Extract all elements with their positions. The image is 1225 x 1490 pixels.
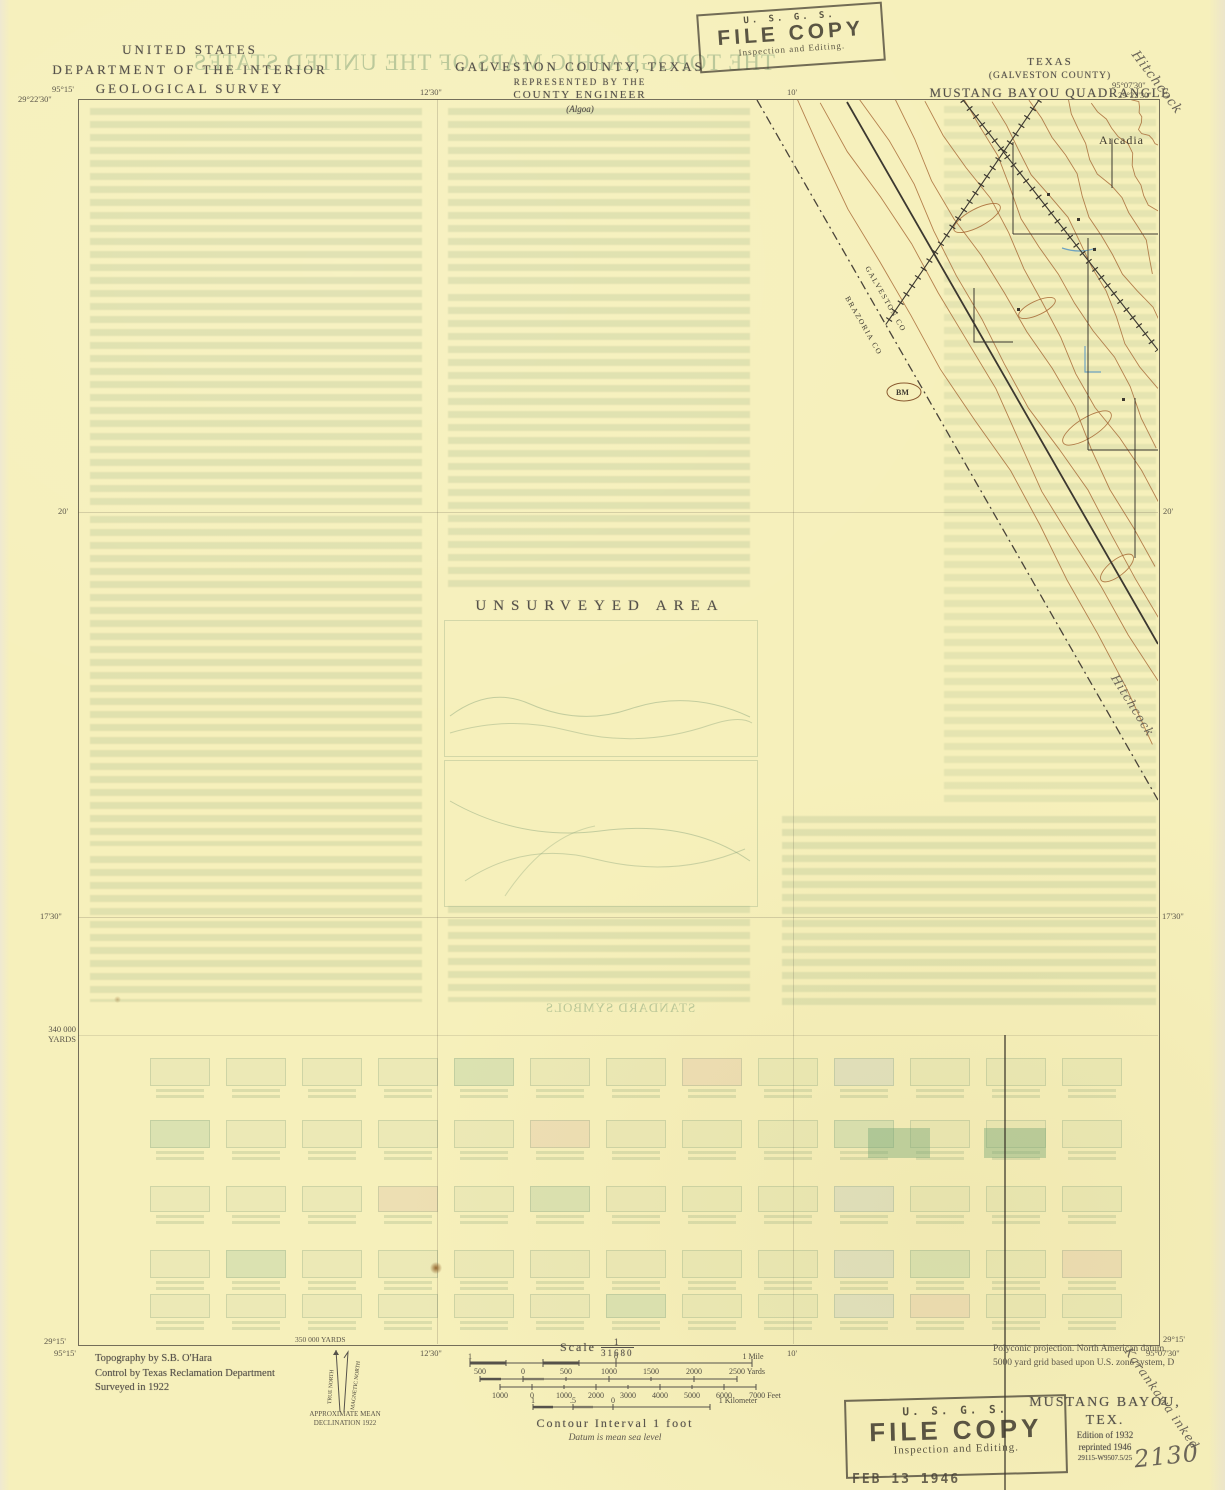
credit-line: Surveyed in 1922 (95, 1381, 275, 1396)
credit-line: Control by Texas Reclamation Department (95, 1367, 275, 1382)
map-svg: Arcadia GALVESTON CO BRAZORIA CO BM (79, 100, 1158, 1343)
feet-label: 1000 (492, 1391, 508, 1400)
tick-top-10: 10' (787, 87, 797, 97)
magnetic-north-label: MAGNETIC NORTH (350, 1361, 362, 1410)
scan-edge (0, 0, 10, 1490)
feet-label: 2000 (588, 1391, 604, 1400)
declination-caption-line: DECLINATION 1922 (295, 1419, 395, 1428)
km-label: 1 Kilometer (719, 1396, 757, 1405)
tick-bottom-1230: 12'30'' (420, 1348, 442, 1358)
agency-line: DEPARTMENT OF THE INTERIOR (40, 60, 340, 80)
corner-sw-lat: 29°15' (44, 1336, 66, 1346)
mile-label: 0 (614, 1352, 618, 1361)
declination-caption: APPROXIMATE MEAN DECLINATION 1922 (295, 1410, 395, 1428)
yards-value: 340 000 (48, 1024, 76, 1034)
km-label: 0 (611, 1396, 615, 1405)
corner-ne-lon: 95°07'30'' (1112, 80, 1146, 90)
unsurveyed-area-label: UNSURVEYED AREA (430, 598, 770, 615)
yards-label: 500 (560, 1367, 572, 1376)
stamp-title: FILE COPY (847, 1414, 1066, 1446)
datum-note: Datum is mean sea level (470, 1433, 760, 1443)
yards-label: 500 (474, 1367, 486, 1376)
corner-nw-lat: 29°22'30'' (18, 94, 52, 104)
county-line: REPRESENTED BY THE (430, 76, 730, 88)
pencil-number: 2130 (1133, 1439, 1201, 1474)
corner-sw-lon: 95°15' (54, 1348, 76, 1358)
corner-ne-lat: 29°22'30'' (1118, 90, 1152, 100)
tick-top-1230: 12'30'' (420, 87, 442, 97)
place-label-arcadia: Arcadia (1099, 133, 1144, 147)
feet-label: 3000 (620, 1391, 636, 1400)
contour-lines (796, 100, 1158, 744)
foxing-spot (430, 1262, 442, 1274)
contour-line (820, 103, 1158, 682)
tick-right-20: 20' (1163, 506, 1173, 516)
tick-left-1730: 17'30'' (40, 911, 62, 921)
county-line: GALVESTON COUNTY, TEXAS (430, 58, 730, 76)
yards-unit: YARDS (48, 1034, 76, 1044)
scale-numerator: 1 (614, 1338, 621, 1347)
tick-left-20: 20' (58, 506, 68, 516)
road (847, 102, 1158, 644)
contour-line (860, 100, 1158, 622)
projection-line: Polyconic projection. North American dat… (993, 1343, 1174, 1357)
credits-block: Topography by S.B. O'Hara Control by Tex… (95, 1352, 275, 1396)
scan-edge (1209, 0, 1225, 1490)
date-received-stamp: FEB 13 1946 (852, 1472, 960, 1487)
yards-label: 1000 (601, 1367, 617, 1376)
yards-label: 2500 Yards (729, 1367, 765, 1376)
feet-label: 4000 (652, 1391, 668, 1400)
file-copy-stamp: U. S. G. S. FILE COPY Inspection and Edi… (696, 2, 886, 74)
agency-line: GEOLOGICAL SURVEY (40, 79, 340, 99)
corner-nw-lon: 95°15' (52, 84, 74, 94)
contour-line (925, 101, 1158, 505)
agency-line: UNITED STATES (40, 40, 340, 60)
map-sheet: THE TOPOGRAPHIC MAPS OF THE UNITED STATE… (0, 0, 1225, 1490)
credit-line: Topography by S.B. O'Hara (95, 1352, 275, 1367)
yards-label: 1500 (643, 1367, 659, 1376)
mile-label: 1 Mile (742, 1352, 763, 1361)
true-north-label: TRUE NORTH (327, 1369, 335, 1404)
benchmark-label: BM (896, 388, 909, 397)
km-label: 1 (531, 1396, 535, 1405)
yards-label: 0 (521, 1367, 525, 1376)
file-copy-stamp-bottom: U. S. G. S. FILE COPY Inspection and Edi… (844, 1394, 1068, 1479)
foxing-spot (114, 996, 121, 1003)
yards-grid-label: 340 000 YARDS (34, 1024, 76, 1044)
contour-line (1091, 103, 1158, 211)
agency-block: UNITED STATES DEPARTMENT OF THE INTERIOR… (40, 40, 340, 99)
county-label-brazoria: BRAZORIA CO (843, 295, 884, 357)
yards-label: 2000 (686, 1367, 702, 1376)
declination-caption-line: APPROXIMATE MEAN (295, 1410, 395, 1419)
contour-line (796, 100, 1152, 744)
mile-label: 1 (468, 1352, 472, 1361)
contour-interval-note: Contour Interval 1 foot (470, 1416, 760, 1431)
contour-loops (950, 198, 1138, 587)
km-label: .5 (570, 1396, 576, 1405)
declination-diagram: TRUE NORTH MAGNETIC NORTH (318, 1342, 372, 1418)
feet-label: 5000 (684, 1391, 700, 1400)
tick-right-1730: 17'30'' (1162, 911, 1184, 921)
